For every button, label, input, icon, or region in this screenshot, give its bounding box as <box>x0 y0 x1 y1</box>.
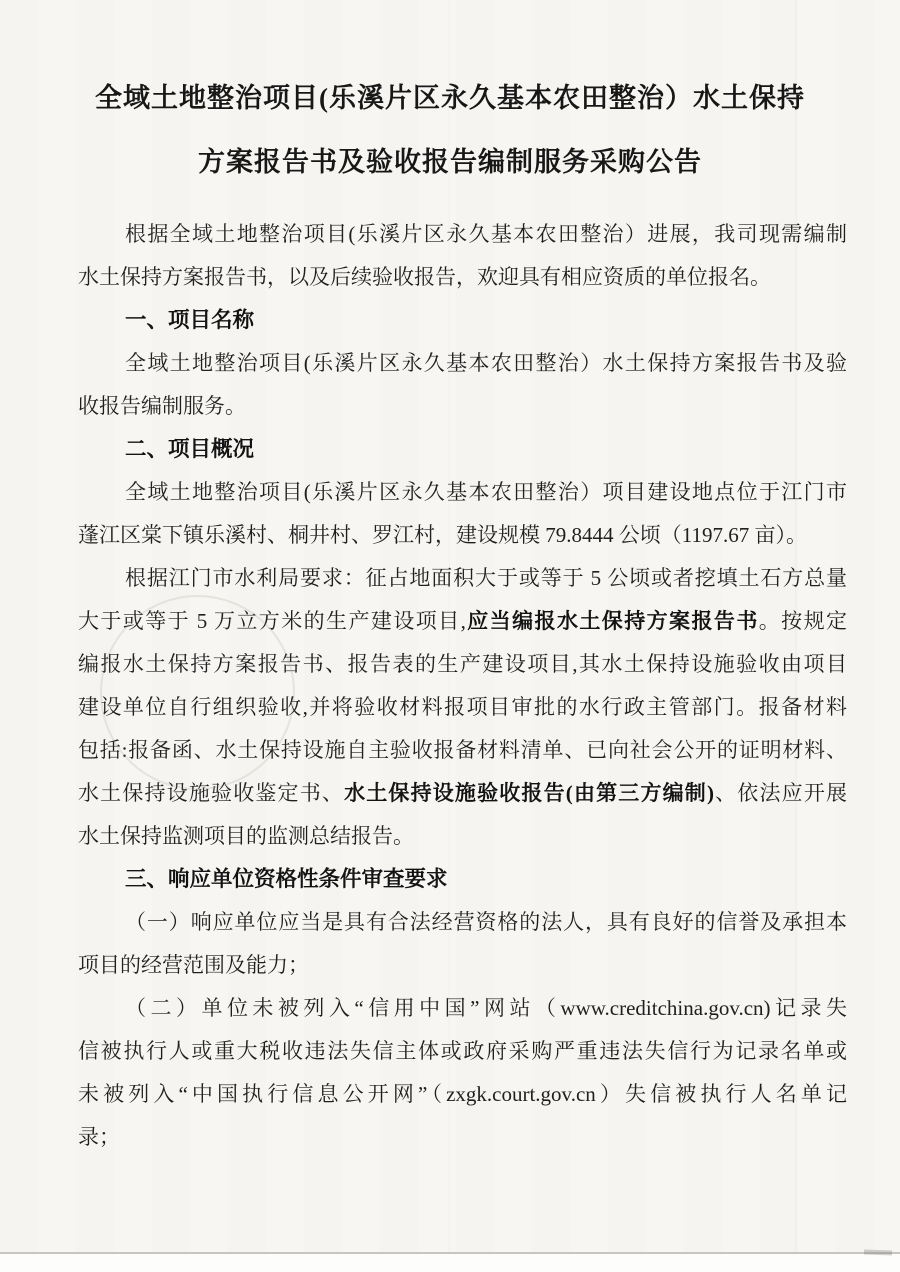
document-line: 信被执行人或重大税收违法失信主体或政府采购严重违法失信行为记录名单或 <box>78 1030 847 1073</box>
document-line: 编报水土保持方案报告书、报告表的生产建设项目,其水土保持设施验收由项目 <box>78 643 847 686</box>
text-run: 。按规定 <box>759 609 847 633</box>
text-run: 收报告编制服务。 <box>78 394 246 418</box>
text-run: 录； <box>78 1125 120 1149</box>
text-run: 水土保持方案报告书，以及后续验收报告，欢迎具有相应资质的单位报名。 <box>78 265 771 289</box>
document-line: 根据江门市水利局要求：征占地面积大于或等于 5 公顷或者挖填土石方总量 <box>78 557 847 600</box>
document-line: 根据全域土地整治项目(乐溪片区永久基本农田整治）进展，我司现需编制 <box>78 213 847 256</box>
text-run: 未被列入“中国执行信息公开网”（zxgk.court.gov.cn）失信被执行人… <box>78 1082 847 1106</box>
text-run: 蓬江区棠下镇乐溪村、桐井村、罗江村，建设规模 79.8444 公顷（1197.6… <box>78 523 807 547</box>
section-heading: 二、项目概况 <box>78 428 847 471</box>
text-run: 、依法应开展 <box>714 781 847 805</box>
document-line: 收报告编制服务。 <box>78 385 847 428</box>
document-line: 大于或等于 5 万立方米的生产建设项目,应当编报水土保持方案报告书。按规定 <box>78 600 847 643</box>
text-run: 信被执行人或重大税收违法失信主体或政府采购严重违法失信行为记录名单或 <box>78 1039 847 1063</box>
bold-text-run: 二、项目概况 <box>125 437 254 461</box>
text-run: 水土保持设施验收鉴定书、 <box>78 781 344 805</box>
text-run: 包括:报备函、水土保持设施自主验收报备材料清单、已向社会公开的证明材料、 <box>78 738 847 762</box>
title-line: 方案报告书及验收报告编制服务采购公告 <box>0 142 900 182</box>
text-run: 项目的经营范围及能力； <box>78 953 309 977</box>
bold-text-run: 水土保持设施验收报告(由第三方编制) <box>344 781 714 805</box>
document-line: 水土保持监测项目的监测总结报告。 <box>78 815 847 858</box>
document-line: 项目的经营范围及能力； <box>78 944 847 987</box>
document-line: 建设单位自行组织验收,并将验收材料报项目审批的水行政主管部门。报备材料 <box>78 686 847 729</box>
document-line: （一）响应单位应当是具有合法经营资格的法人，具有良好的信誉及承担本 <box>78 901 847 944</box>
bold-text-run: 应当编报水土保持方案报告书 <box>466 609 759 633</box>
document-body: 根据全域土地整治项目(乐溪片区永久基本农田整治）进展，我司现需编制水土保持方案报… <box>78 213 847 1159</box>
title-line: 全域土地整治项目(乐溪片区永久基本农田整治）水土保持 <box>0 78 900 118</box>
text-run: 根据全域土地整治项目(乐溪片区永久基本农田整治）进展，我司现需编制 <box>125 222 847 246</box>
document-line: 未被列入“中国执行信息公开网”（zxgk.court.gov.cn）失信被执行人… <box>78 1073 847 1116</box>
document-title: 全域土地整治项目(乐溪片区永久基本农田整治）水土保持方案报告书及验收报告编制服务… <box>0 0 900 182</box>
document-line: 蓬江区棠下镇乐溪村、桐井村、罗江村，建设规模 79.8444 公顷（1197.6… <box>78 514 847 557</box>
section-heading: 三、响应单位资格性条件审查要求 <box>78 858 847 901</box>
scanned-document-page: 全域土地整治项目(乐溪片区永久基本农田整治）水土保持方案报告书及验收报告编制服务… <box>0 0 900 1272</box>
text-run: （二）单位未被列入“信用中国”网站（www.creditchina.gov.cn… <box>125 996 847 1020</box>
text-run: 大于或等于 5 万立方米的生产建设项目, <box>78 609 466 633</box>
bold-text-run: 三、响应单位资格性条件审查要求 <box>125 867 448 891</box>
text-run: 建设单位自行组织验收,并将验收材料报项目审批的水行政主管部门。报备材料 <box>78 695 847 719</box>
document-line: 全域土地整治项目(乐溪片区永久基本农田整治）项目建设地点位于江门市 <box>78 471 847 514</box>
section-heading: 一、项目名称 <box>78 299 847 342</box>
text-run: 编报水土保持方案报告书、报告表的生产建设项目,其水土保持设施验收由项目 <box>78 652 847 676</box>
text-run: 全域土地整治项目(乐溪片区永久基本农田整治）水土保持方案报告书及验 <box>125 351 847 375</box>
bold-text-run: 一、项目名称 <box>125 308 254 332</box>
text-run: 水土保持监测项目的监测总结报告。 <box>78 824 414 848</box>
scan-paper-edge <box>0 1252 900 1272</box>
text-run: 根据江门市水利局要求：征占地面积大于或等于 5 公顷或者挖填土石方总量 <box>125 566 847 590</box>
text-run: 全域土地整治项目(乐溪片区永久基本农田整治）项目建设地点位于江门市 <box>125 480 847 504</box>
document-line: 包括:报备函、水土保持设施自主验收报备材料清单、已向社会公开的证明材料、 <box>78 729 847 772</box>
document-line: 全域土地整治项目(乐溪片区永久基本农田整治）水土保持方案报告书及验 <box>78 342 847 385</box>
text-run: （一）响应单位应当是具有合法经营资格的法人，具有良好的信誉及承担本 <box>125 910 847 934</box>
document-line: （二）单位未被列入“信用中国”网站（www.creditchina.gov.cn… <box>78 987 847 1030</box>
document-line: 水土保持设施验收鉴定书、水土保持设施验收报告(由第三方编制)、依法应开展 <box>78 772 847 815</box>
document-line: 水土保持方案报告书，以及后续验收报告，欢迎具有相应资质的单位报名。 <box>78 256 847 299</box>
document-line: 录； <box>78 1116 847 1159</box>
